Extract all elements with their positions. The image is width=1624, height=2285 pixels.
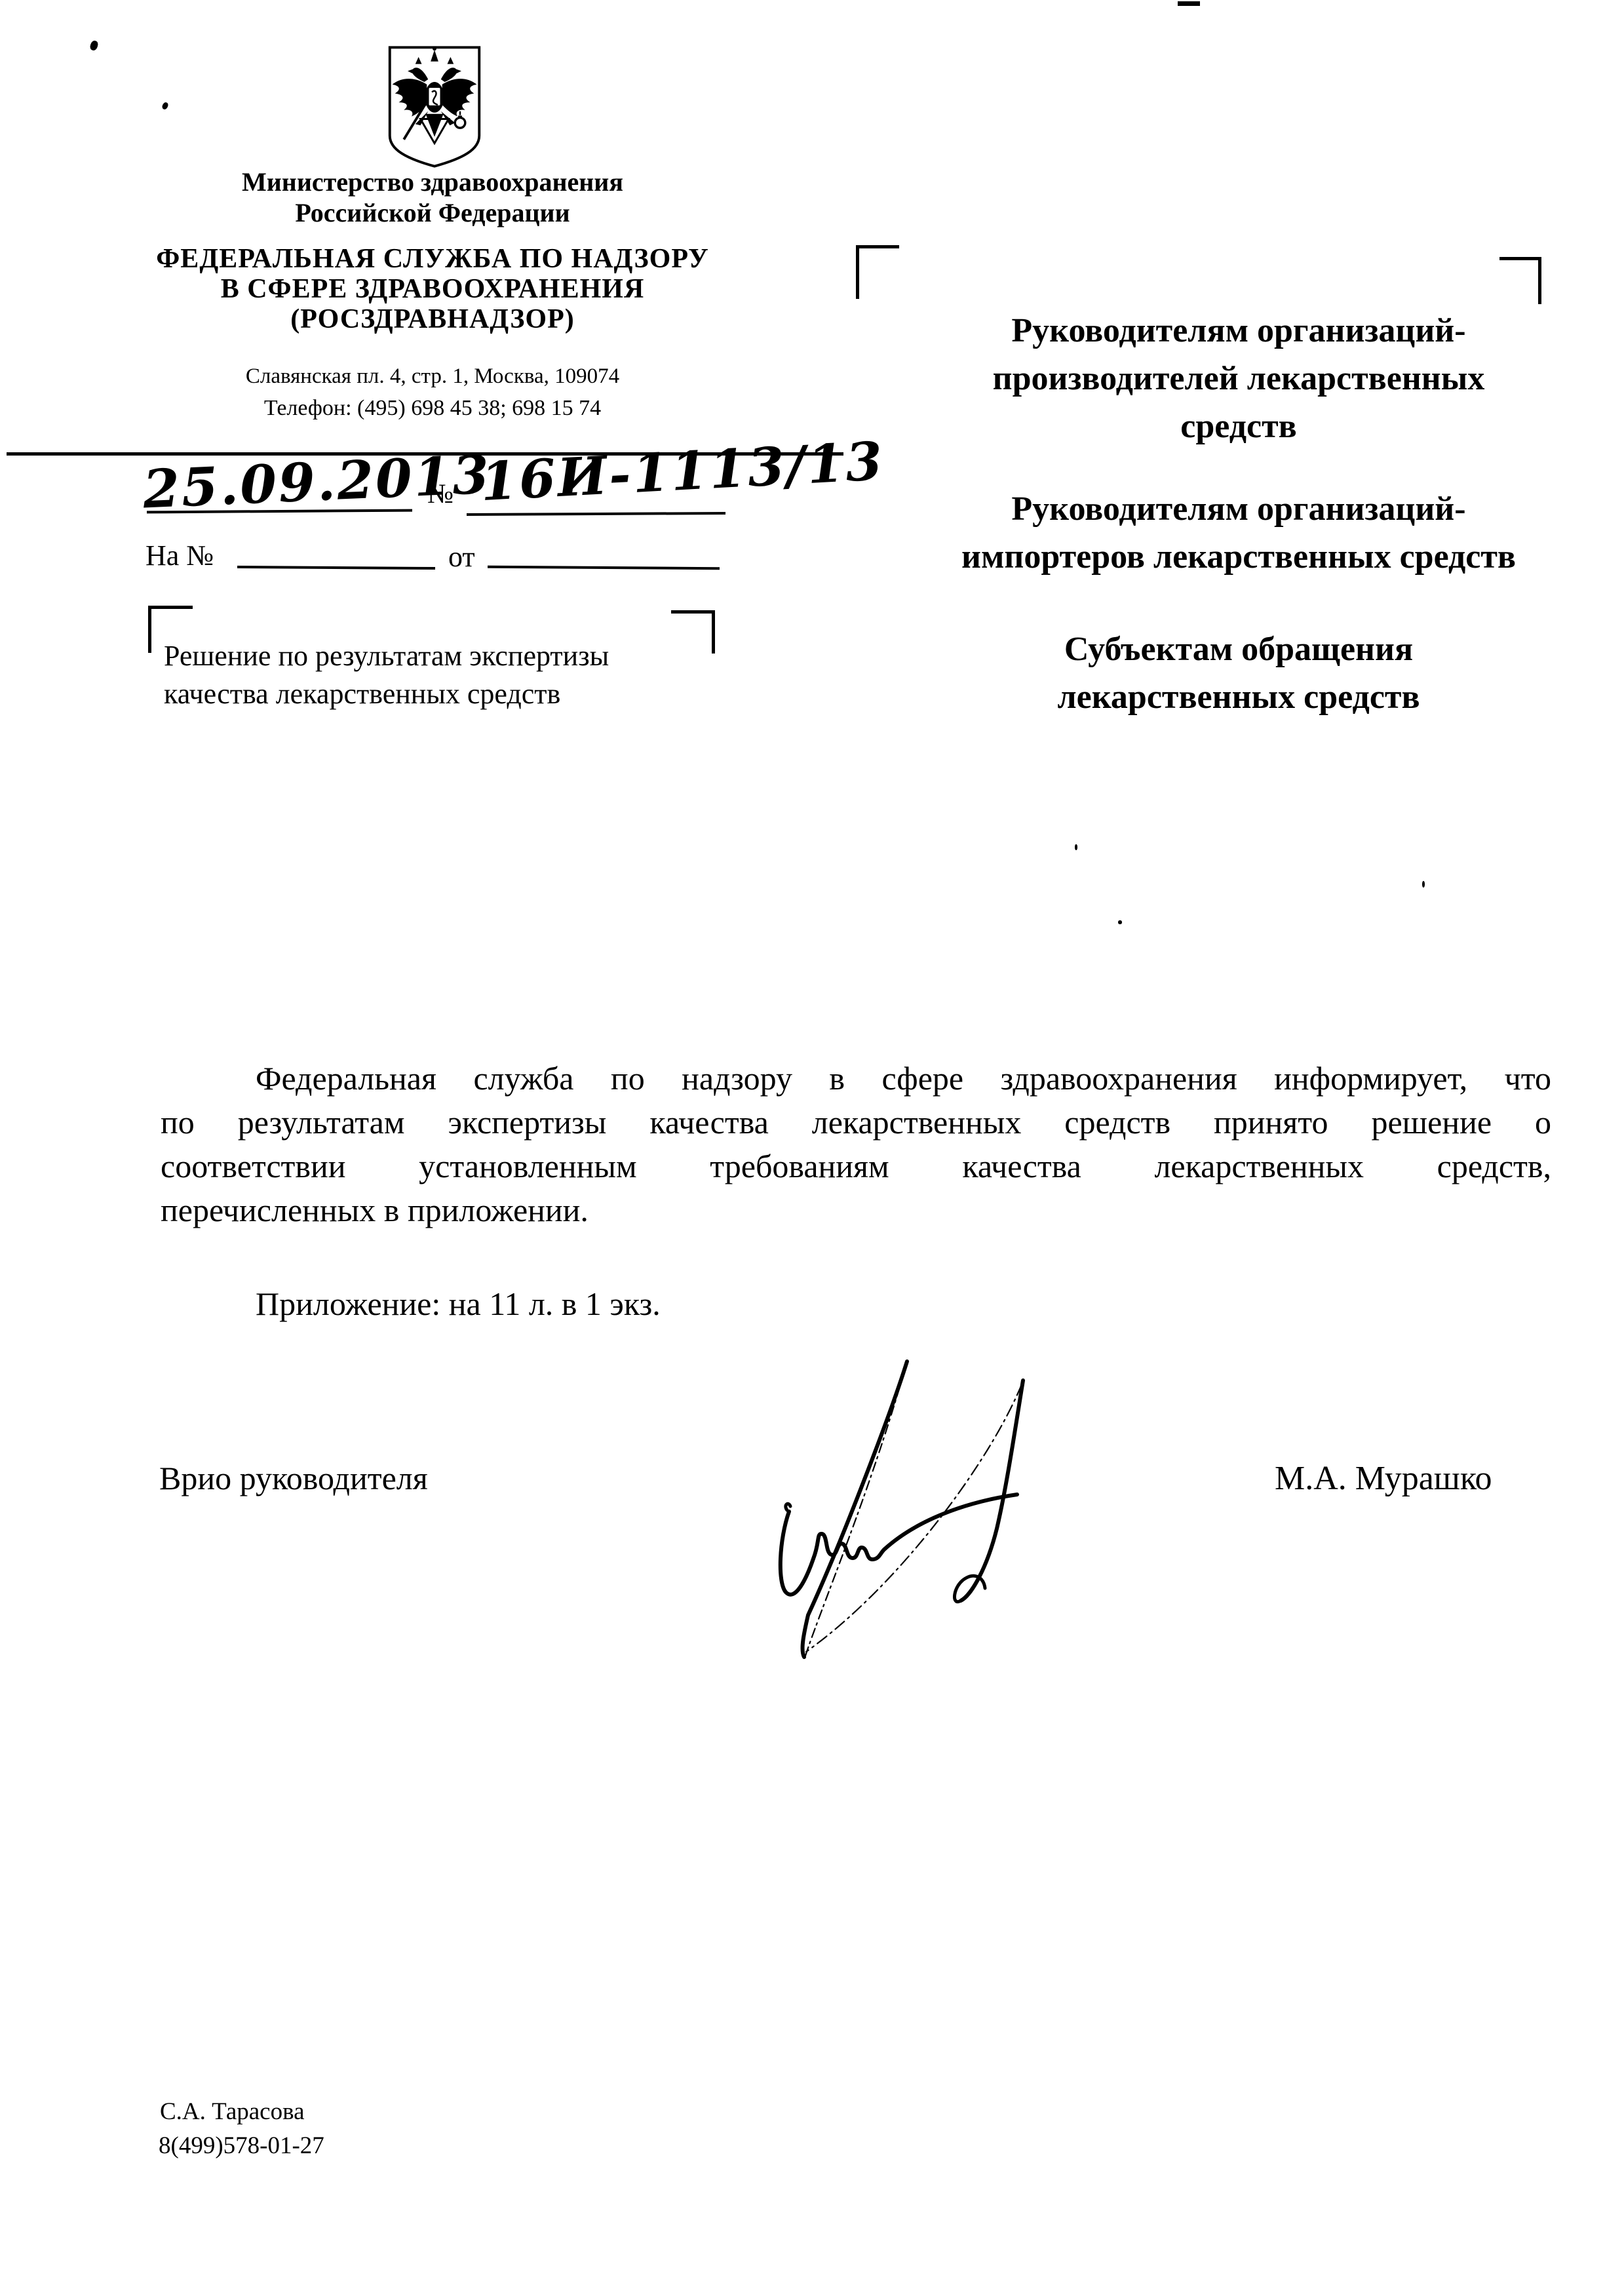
- addressee-corner-mark-left-h: [856, 245, 899, 248]
- body-paragraph: Федеральная служба по надзору в сфере зд…: [161, 1057, 1551, 1232]
- body-line: перечисленных в приложении.: [161, 1188, 1551, 1232]
- scan-speck: [1422, 881, 1425, 888]
- ministry-name: Министерство здравоохранения Российской …: [66, 166, 800, 228]
- scan-speck: [161, 102, 169, 110]
- addressee-line: Руководителям организаций-: [904, 485, 1573, 533]
- coat-of-arms-icon: [383, 42, 486, 170]
- service-name-line2: В СФЕРЕ ЗДРАВООХРАНЕНИЯ: [66, 274, 800, 304]
- body-line: по результатам экспертизы качества лекар…: [161, 1101, 1551, 1144]
- signer-position-title: Врио руководителя: [159, 1459, 428, 1497]
- executor-name: С.А. Тарасова: [160, 2098, 305, 2126]
- service-name-line1: ФЕДЕРАЛЬНАЯ СЛУЖБА ПО НАДЗОРУ: [66, 244, 800, 274]
- number-sign-label: №: [427, 478, 454, 510]
- addressee-line: производителей лекарственных: [904, 355, 1573, 402]
- subject-line1: Решение по результатам экспертизы: [164, 637, 754, 675]
- ministry-name-line1: Министерство здравоохранения: [66, 166, 800, 197]
- reply-number-underline: [237, 566, 435, 570]
- addressee-line: импортеров лекарственных средств: [904, 533, 1573, 581]
- org-phone: Телефон: (495) 698 45 38; 698 15 74: [66, 396, 800, 421]
- addressee-group-manufacturers: Руководителям организаций- производителе…: [904, 307, 1573, 450]
- reply-reference-label: На №: [145, 539, 214, 572]
- executor-phone: 8(499)578-01-27: [159, 2132, 324, 2160]
- addressee-corner-mark-right-h: [1499, 257, 1541, 260]
- reply-date-underline: [488, 566, 720, 570]
- scan-speck: [1118, 920, 1122, 924]
- scanned-letter-page: { "page": {"background": "#ffffff", "ink…: [0, 0, 1624, 2285]
- scan-mark-top-dash: [1178, 1, 1200, 6]
- signature-stroke: [806, 1384, 1022, 1652]
- scan-speck: [89, 40, 99, 52]
- subject-corner-mark-left-v: [148, 606, 151, 653]
- addressee-line: лекарственных средств: [904, 673, 1573, 721]
- body-line: Федеральная служба по надзору в сфере зд…: [161, 1057, 1551, 1101]
- reply-date-label: от: [448, 540, 475, 574]
- body-line: соответствии установленным требованиям к…: [161, 1144, 1551, 1188]
- handwritten-signature-icon: [721, 1337, 1114, 1730]
- addressee-group-importers: Руководителям организаций- импортеров ле…: [904, 485, 1573, 581]
- scan-speck: [1075, 844, 1077, 850]
- signature-stroke: [954, 1576, 985, 1601]
- addressee-line: Руководителям организаций-: [904, 307, 1573, 355]
- org-address: Славянская пл. 4, стр. 1, Москва, 109074: [66, 364, 800, 389]
- addressee-line: Субъектам обращения: [904, 625, 1573, 673]
- addressee-corner-mark-right-v: [1538, 257, 1541, 304]
- service-name: ФЕДЕРАЛЬНАЯ СЛУЖБА ПО НАДЗОРУ В СФЕРЕ ЗД…: [66, 244, 800, 334]
- signature-stroke: [961, 1380, 1023, 1601]
- subject-block: Решение по результатам экспертизы качест…: [164, 637, 754, 713]
- ministry-name-line2: Российской Федерации: [66, 197, 800, 228]
- outgoing-number-handwritten: 16И-1113/13: [479, 430, 885, 513]
- service-name-line3: (РОСЗДРАВНАДЗОР): [66, 304, 800, 334]
- subject-corner-mark-right-h: [671, 610, 714, 614]
- addressee-corner-mark-left-v: [856, 245, 859, 299]
- signer-name: М.А. Мурашко: [1275, 1459, 1492, 1498]
- attachment-note: Приложение: на 11 л. в 1 экз.: [256, 1285, 661, 1323]
- addressee-line: средств: [904, 402, 1573, 450]
- signature-stroke: [786, 1504, 790, 1510]
- number-field-underline: [467, 512, 725, 516]
- addressee-group-circulation-subjects: Субъектам обращения лекарственных средст…: [904, 625, 1573, 721]
- subject-line2: качества лекарственных средств: [164, 675, 754, 713]
- subject-corner-mark-left-h: [148, 606, 193, 609]
